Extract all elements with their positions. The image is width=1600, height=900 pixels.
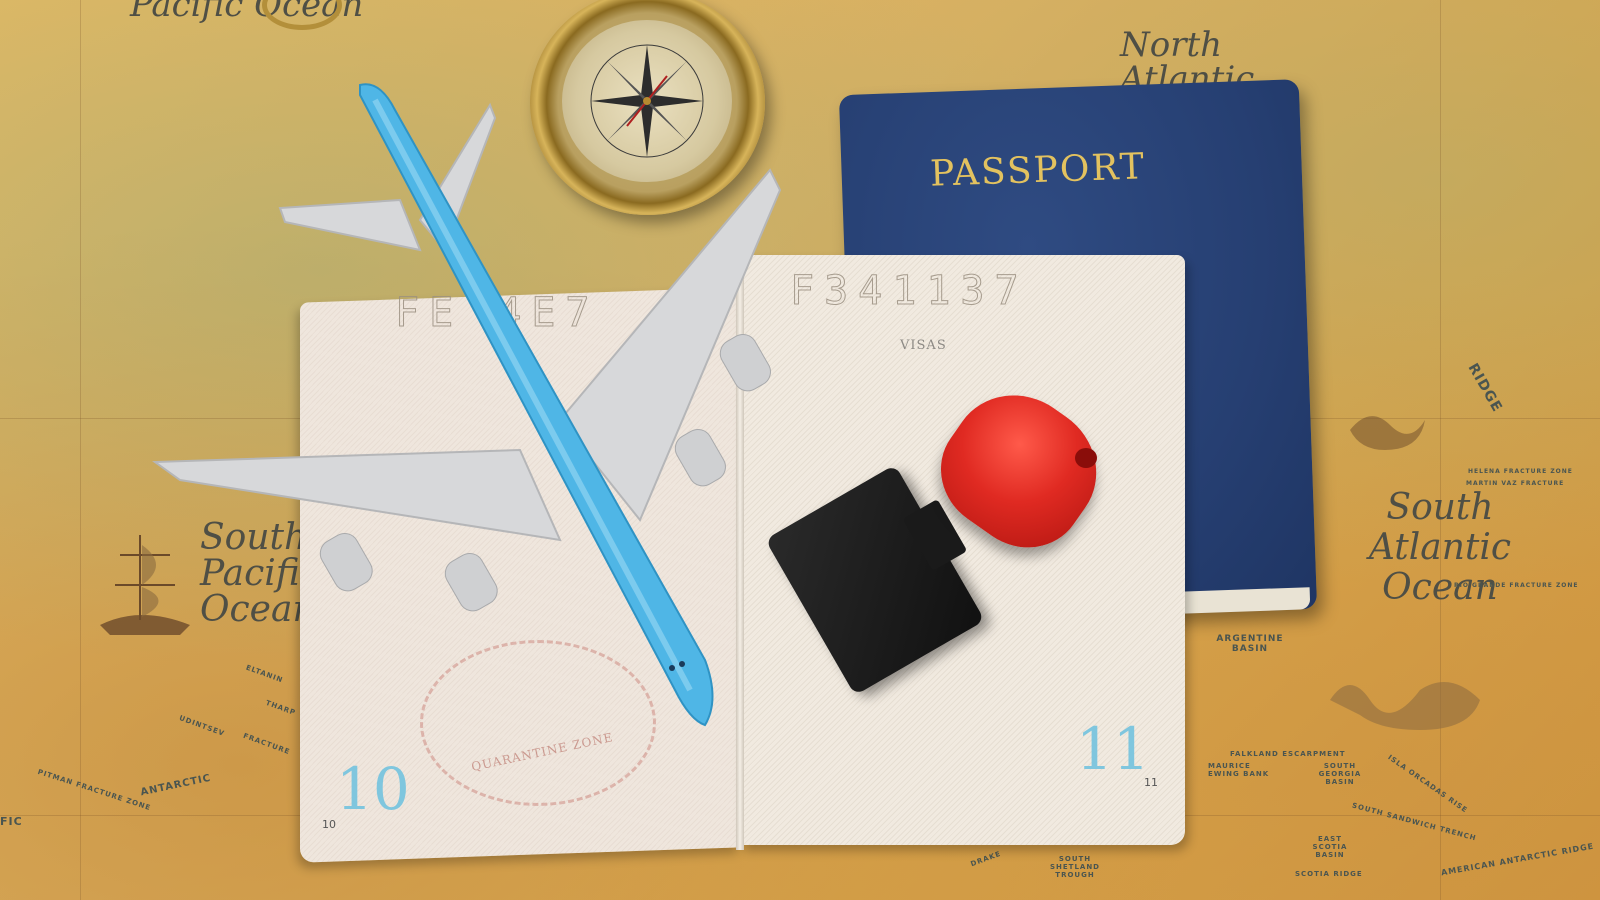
label-fracture: FRACTURE: [242, 732, 291, 756]
label-american-antarctic-ridge: AMERICAN ANTARCTIC RIDGE: [1440, 842, 1594, 878]
rubber-stamp-handle-hole: [1075, 448, 1097, 468]
label-south-atlantic-ocean: South Atlantic Ocean: [1350, 488, 1530, 608]
label-antarctic: ANTARCTIC: [140, 773, 213, 799]
label-scotia-ridge: SCOTIA RIDGE: [1295, 870, 1363, 878]
page-number-large-right: 11: [1076, 715, 1150, 783]
label-eltanin: ELTANIN: [245, 664, 284, 685]
sea-creature-illustration: [1340, 400, 1430, 460]
faded-entry-stamp: [420, 640, 656, 806]
open-passport: [300, 255, 1185, 860]
passport-cover-title: PASSPORT: [929, 146, 1146, 195]
brass-compass: [530, 0, 765, 215]
page-number-large-left: 10: [336, 755, 410, 823]
perforated-number-left: FE 4E7: [395, 290, 600, 336]
map-gridline: [1440, 0, 1441, 900]
map-gridline: [80, 0, 81, 900]
visas-page-header: VISAS: [900, 338, 947, 353]
sailing-ship-illustration: [80, 515, 200, 645]
label-falkland-escarpment: FALKLAND ESCARPMENT: [1230, 750, 1346, 758]
label-rio-grande-fracture-zone: RIO GRANDE FRACTURE ZONE: [1454, 582, 1579, 589]
label-udintsev: UDINTSEV: [178, 714, 226, 738]
perforated-number-right: F341137: [790, 268, 1029, 314]
label-martin-vaz-fracture: MARTIN VAZ FRACTURE: [1466, 480, 1564, 487]
label-tharp: THARP: [265, 699, 297, 717]
compass-rose-icon: [587, 41, 707, 161]
sea-monster-illustration: [1320, 660, 1500, 740]
passport-spine: [736, 265, 744, 850]
page-number-small-left: 10: [322, 818, 336, 831]
label-pacific-fragment: FIC: [0, 815, 23, 828]
page-number-small-right: 11: [1144, 776, 1158, 789]
label-argentine-basin: ARGENTINE BASIN: [1210, 634, 1290, 654]
label-south-georgia-basin: SOUTH GEORGIA BASIN: [1305, 762, 1375, 786]
label-ridge: RIDGE: [1464, 361, 1505, 415]
label-south-pacific-ocean: South Pacific Ocean: [200, 520, 310, 628]
label-east-scotia-basin: EAST SCOTIA BASIN: [1300, 835, 1360, 859]
label-maurice-ewing-bank: MAURICE EWING BANK: [1208, 762, 1278, 778]
compass-face: [562, 20, 732, 182]
label-pitman-fracture-zone: PITMAN FRACTURE ZONE: [37, 768, 152, 812]
label-helena-fracture-zone: HELENA FRACTURE ZONE: [1468, 468, 1573, 475]
label-isla-orcadas-rise: ISLA ORCADAS RISE: [1386, 753, 1469, 814]
